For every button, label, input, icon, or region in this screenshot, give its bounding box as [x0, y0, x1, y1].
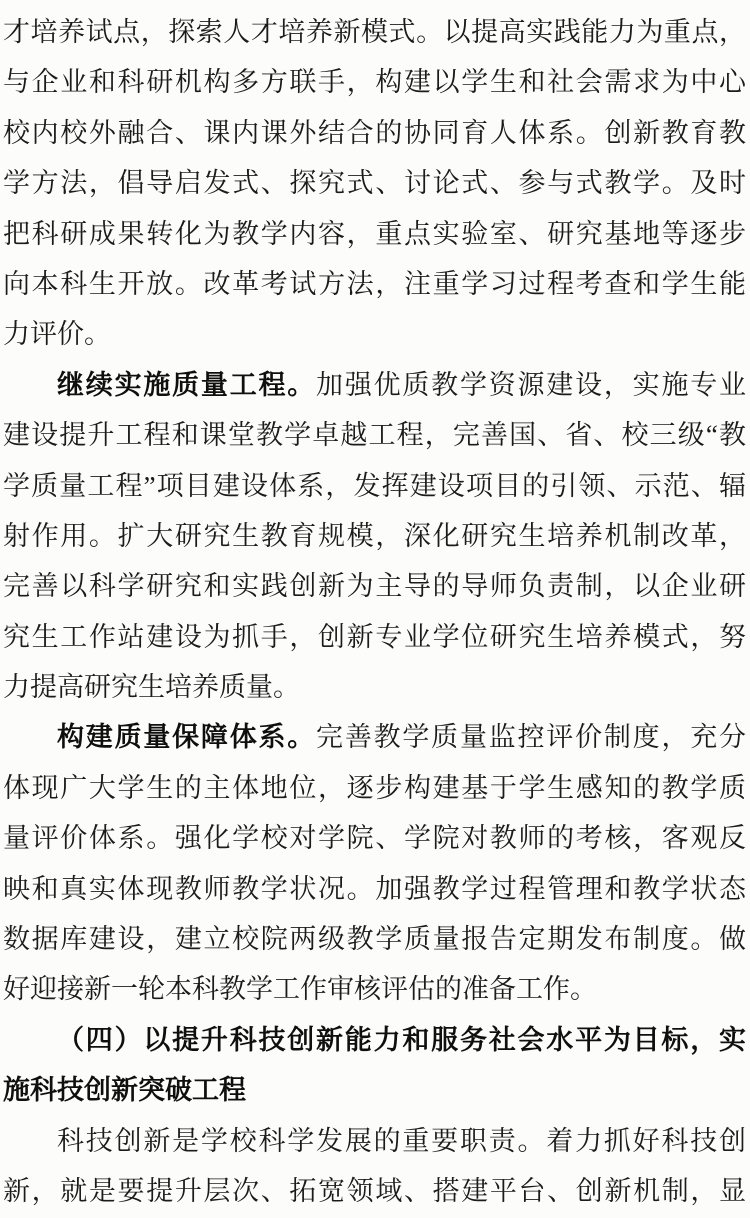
document-page: 才培养试点，探索人才培养新模式。以提高实践能力为重点， 与企业和科研机构多方联手… — [0, 0, 750, 1218]
body-line: 量评价体系。强化学校对学院、学院对教师的考核，客观反 — [3, 813, 746, 863]
body-text: 完善以科学研究和实践创新为主导的导师负责制，以企业研 — [3, 571, 746, 601]
body-text: 加强优质教学资源建设，实施专业 — [316, 370, 746, 400]
body-text: 把科研成果转化为教学内容，重点实验室、研究基地等逐步 — [3, 219, 746, 249]
body-text: 好迎接新一轮本科教学工作审核评估的准备工作。 — [3, 974, 597, 1004]
paragraph-start-line: 构建质量保障体系。完善教学质量监控评价制度，充分 — [3, 712, 746, 762]
body-text: 力提高研究生培养质量。 — [3, 672, 300, 702]
body-text: 学质量工程”项目建设体系，发挥建设项目的引领、示范、辐 — [3, 471, 746, 501]
bold-lead-quality-project: 继续实施质量工程。 — [57, 370, 316, 400]
body-text: 新，就是要提升层次、拓宽领域、搭建平台、创新机制，显 — [3, 1176, 746, 1206]
section-heading-text: 施科技创新突破工程 — [3, 1075, 246, 1105]
paragraph-start-line: 科技创新是学校科学发展的重要职责。着力抓好科技创 — [3, 1116, 746, 1166]
body-line: 与企业和科研机构多方联手，构建以学生和社会需求为中心 — [3, 57, 746, 107]
body-text: 建设提升工程和课堂教学卓越工程，完善国、省、校三级“教 — [3, 420, 746, 450]
paragraph-end-line: 力提高研究生培养质量。 — [3, 662, 746, 712]
body-line: 向本科生开放。改革考试方法，注重学习过程考查和学生能 — [3, 259, 746, 309]
body-text: 向本科生开放。改革考试方法，注重学习过程考查和学生能 — [3, 269, 746, 299]
body-line: 完善以科学研究和实践创新为主导的导师负责制，以企业研 — [3, 561, 746, 611]
body-line: 新，就是要提升层次、拓宽领域、搭建平台、创新机制，显 — [3, 1166, 746, 1216]
paragraph-end-line: 力评价。 — [3, 309, 746, 359]
body-text: 究生工作站建设为抓手，创新专业学位研究生培养模式，努 — [3, 622, 746, 652]
body-text: 数据库建设，建立校院两级教学质量报告定期发布制度。做 — [3, 924, 746, 954]
body-text: 科技创新是学校科学发展的重要职责。着力抓好科技创 — [57, 1126, 746, 1156]
body-line: 把科研成果转化为教学内容，重点实验室、研究基地等逐步 — [3, 209, 746, 259]
body-text: 体现广大学生的主体地位，逐步构建基于学生感知的教学质 — [3, 773, 746, 803]
body-line: 学质量工程”项目建设体系，发挥建设项目的引领、示范、辐 — [3, 461, 746, 511]
body-text: 量评价体系。强化学校对学院、学院对教师的考核，客观反 — [3, 823, 746, 853]
body-text: 力评价。 — [3, 319, 111, 349]
paragraph-start-line: 继续实施质量工程。加强优质教学资源建设，实施专业 — [3, 360, 746, 410]
section-heading-text: （四）以提升科技创新能力和服务社会水平为目标，实 — [57, 1025, 746, 1055]
bold-lead-quality-assurance: 构建质量保障体系。 — [57, 722, 316, 752]
body-line: 才培养试点，探索人才培养新模式。以提高实践能力为重点， — [3, 7, 746, 57]
body-text: 校内校外融合、课内课外结合的协同育人体系。创新教育教 — [3, 118, 746, 148]
body-line: 映和真实体现教师教学状况。加强教学过程管理和教学状态 — [3, 864, 746, 914]
body-text: 完善教学质量监控评价制度，充分 — [316, 722, 746, 752]
body-line: 体现广大学生的主体地位，逐步构建基于学生感知的教学质 — [3, 763, 746, 813]
paragraph-end-line: 好迎接新一轮本科教学工作审核评估的准备工作。 — [3, 964, 746, 1014]
body-text: 映和真实体现教师教学状况。加强教学过程管理和教学状态 — [3, 874, 746, 904]
body-line: 校内校外融合、课内课外结合的协同育人体系。创新教育教 — [3, 108, 746, 158]
body-line: 射作用。扩大研究生教育规模，深化研究生培养机制改革， — [3, 511, 746, 561]
body-text: 射作用。扩大研究生教育规模，深化研究生培养机制改革， — [3, 521, 746, 551]
body-text: 与企业和科研机构多方联手，构建以学生和社会需求为中心 — [3, 67, 746, 97]
section-heading-line: 施科技创新突破工程 — [3, 1065, 746, 1115]
body-line: 学方法，倡导启发式、探究式、讨论式、参与式教学。及时 — [3, 158, 746, 208]
body-text: 学方法，倡导启发式、探究式、讨论式、参与式教学。及时 — [3, 168, 746, 198]
body-line: 数据库建设，建立校院两级教学质量报告定期发布制度。做 — [3, 914, 746, 964]
body-line: 究生工作站建设为抓手，创新专业学位研究生培养模式，努 — [3, 612, 746, 662]
body-line: 建设提升工程和课堂教学卓越工程，完善国、省、校三级“教 — [3, 410, 746, 460]
body-text: 才培养试点，探索人才培养新模式。以提高实践能力为重点， — [3, 17, 746, 47]
section-heading-line: （四）以提升科技创新能力和服务社会水平为目标，实 — [3, 1015, 746, 1065]
